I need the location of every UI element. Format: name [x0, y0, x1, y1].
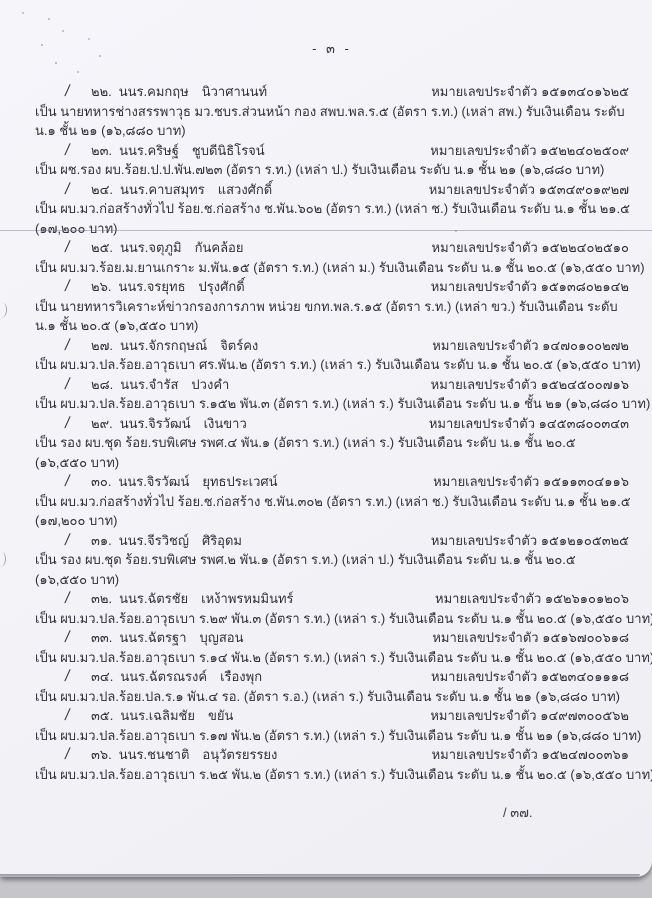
- id-number: ๑๕๑๒๑๐๕๓๒๕: [541, 533, 629, 548]
- entry-head-line: / ๓๐. นนร.จิรวัฒน์ ยุทธประเวศน์ หมายเลขป…: [35, 472, 629, 492]
- paper-bottom-edge: [0, 874, 640, 877]
- handwritten-check-slash: /: [63, 336, 92, 356]
- entry-rank-and-name: นนร.ชนชาติ: [119, 745, 190, 765]
- id-label: หมายเลขประจำตัว: [431, 84, 537, 99]
- personnel-entry: / ๓๒. นนร.ฉัตรชัย เหง้าพรหมมินทร์ หมายเล…: [35, 589, 629, 628]
- personnel-entry: / ๒๕. นนร.จตุภูมิ กันคล้อย หมายเลขประจำต…: [35, 238, 629, 277]
- id-group: หมายเลขประจำตัว ๑๔๗๐๑๐๐๒๗๒: [432, 336, 629, 356]
- entry-detail-line: (๑๗,๒๐๐ บาท): [35, 511, 629, 531]
- id-label: หมายเลขประจำตัว: [432, 240, 538, 255]
- entry-head-line: / ๒๔. นนร.คาบสมุทร แสวงศักดิ์ หมายเลขประ…: [35, 180, 629, 200]
- entry-head-line: / ๓๓. นนร.ฉัตรฐา บุญสอน หมายเลขประจำตัว …: [35, 628, 629, 648]
- personnel-entry-list: / ๒๒. นนร.คมกฤษ นิวาศานนท์ หมายเลขประจำต…: [35, 82, 629, 784]
- entry-rank-and-name: นนร.จิรวัฒน์: [120, 414, 191, 434]
- entry-detail-line: เป็น ผบ.มว.ปล.ร้อย.อาวุธเบา ร.๑๕๒ พัน.๓ …: [35, 394, 629, 414]
- entry-number: ๒๗.: [91, 336, 113, 356]
- entry-head-line: / ๓๒. นนร.ฉัตรชัย เหง้าพรหมมินทร์ หมายเล…: [35, 589, 629, 609]
- entry-head-line: / ๒๓. นนร.คริษฐ์ ชูบดีนิธิโรจน์ หมายเลขป…: [35, 141, 629, 161]
- entry-number: ๒๙.: [91, 414, 113, 434]
- scan-noise-speckles: [0, 0, 2, 2]
- handwritten-check-slash: /: [63, 706, 92, 726]
- id-group: หมายเลขประจำตัว ๑๔๕๓๘๐๐๓๔๓: [429, 414, 629, 434]
- entry-head-line: / ๓๖. นนร.ชนชาติ อนุวัตรยรรยง หมายเลขประ…: [35, 745, 629, 765]
- id-label: หมายเลขประจำตัว: [432, 630, 538, 645]
- entry-head-line: / ๒๘. นนร.จำรัส ปวงคำ หมายเลขประจำตัว ๑๕…: [35, 375, 629, 395]
- handwritten-check-slash: /: [63, 589, 92, 609]
- entry-surname: นิวาศานนท์: [202, 82, 267, 102]
- personnel-entry: / ๓๔. นนร.ฉัตรณรงค์ เรืองพุก หมายเลขประจ…: [35, 667, 629, 706]
- id-number: ๑๕๑๓๘๐๒๑๔๒: [541, 279, 629, 294]
- entry-rank-and-name: นนร.ฉัตรฐา: [119, 628, 186, 648]
- id-group: หมายเลขประจำตัว ๑๕๑๓๔๐๑๖๒๕: [431, 82, 629, 102]
- personnel-entry: / ๒๙. นนร.จิรวัฒน์ เงินขาว หมายเลขประจำต…: [35, 414, 629, 473]
- scanned-document-page: { "document": { "kind": "scanned-thai-mi…: [0, 0, 652, 898]
- entry-rank-and-name: นนร.จิรวัฒน์: [118, 472, 189, 492]
- id-group: หมายเลขประจำตัว ๑๕๑๒๑๐๕๓๒๕: [431, 531, 629, 551]
- entry-detail-line: เป็น รอง ผบ.ชุด ร้อย.รบพิเศษ รพศ.๒ พัน.๑…: [35, 550, 629, 570]
- id-label: หมายเลขประจำตัว: [431, 279, 537, 294]
- entry-rank-and-name: นนร.คาบสมุทร: [120, 180, 205, 200]
- personnel-entry: / ๒๓. นนร.คริษฐ์ ชูบดีนิธิโรจน์ หมายเลขป…: [35, 141, 629, 180]
- personnel-entry: / ๒๗. นนร.จักรกฤษณ์ จิตร์คง หมายเลขประจำ…: [35, 336, 629, 375]
- entry-detail-line: เป็น ผบ.มว.ปล.ร้อย.อาวุธเบา ร.๑๔ พัน.๒ (…: [35, 648, 629, 668]
- entry-rank-and-name: นนร.จำรัส: [120, 375, 178, 395]
- entry-surname: กันคล้อย: [195, 238, 244, 258]
- id-number: ๑๕๒๒๔๐๒๕๑๐: [541, 240, 629, 255]
- handwritten-check-slash: /: [63, 180, 92, 200]
- entry-number: ๓๒.: [91, 589, 112, 609]
- continuation-mark: / ๓๗.: [503, 802, 533, 823]
- id-number: ๑๕๒๒๔๐๒๕๐๙: [540, 143, 629, 158]
- entry-number: ๓๑.: [91, 531, 112, 551]
- personnel-entry: / ๒๘. นนร.จำรัส ปวงคำ หมายเลขประจำตัว ๑๕…: [35, 375, 629, 414]
- entry-detail-line: (๑๖,๕๕๐ บาท): [35, 570, 629, 590]
- id-number: ๑๕๑๑๓๐๔๑๑๖: [543, 474, 629, 489]
- id-label: หมายเลขประจำตัว: [431, 669, 537, 684]
- entry-head-line: / ๒๖. นนร.จรยุทธ ปรุงศักดิ์ หมายเลขประจำ…: [35, 277, 629, 297]
- entry-rank-and-name: นนร.จีรวิชญ์: [119, 531, 189, 551]
- id-group: หมายเลขประจำตัว ๑๕๑๑๓๐๔๑๑๖: [433, 472, 629, 492]
- entry-rank-and-name: นนร.จตุภูมิ: [120, 238, 182, 258]
- entry-rank-and-name: นนร.จรยุทธ: [118, 277, 185, 297]
- personnel-entry: / ๒๒. นนร.คมกฤษ นิวาศานนท์ หมายเลขประจำต…: [35, 82, 629, 141]
- id-number: ๑๔๕๓๘๐๐๓๔๓: [539, 416, 629, 431]
- id-number: ๑๕๒๖๑๐๑๒๐๖: [545, 591, 629, 606]
- id-group: หมายเลขประจำตัว ๑๕๒๒๔๐๒๕๐๙: [430, 141, 629, 161]
- entry-head-line: / ๒๕. นนร.จตุภูมิ กันคล้อย หมายเลขประจำต…: [35, 238, 629, 258]
- id-group: หมายเลขประจำตัว ๑๕๑๖๗๐๐๖๑๘: [432, 628, 629, 648]
- scan-artifact-line: [0, 230, 652, 231]
- entry-number: ๓๔.: [91, 667, 113, 687]
- entry-surname: บุญสอน: [200, 628, 244, 648]
- entry-surname: แสวงศักดิ์: [218, 180, 273, 200]
- id-number: ๑๕๑๖๗๐๐๖๑๘: [542, 630, 629, 645]
- entry-detail-line: เป็น ผบ.มว.ปล.ร้อย.อาวุธเบา ร.๑๗ พัน.๒ (…: [35, 726, 629, 746]
- personnel-entry: / ๓๕. นนร.เฉลิมชัย ขยัน หมายเลขประจำตัว …: [35, 706, 629, 745]
- entry-head-line: / ๓๔. นนร.ฉัตรณรงค์ เรืองพุก หมายเลขประจ…: [35, 667, 629, 687]
- entry-detail-line: เป็น ผบ.มว.ร้อย.ม.ยานเกราะ ม.พัน.๑๕ (อัต…: [35, 258, 629, 278]
- entry-surname: จิตร์คง: [220, 336, 258, 356]
- entry-rank-and-name: นนร.ฉัตรชัย: [119, 589, 188, 609]
- entry-detail-line: เป็น ผช.รอง ผบ.ร้อย.ป.ป.พัน.๗๒๓ (อัตรา ร…: [35, 160, 629, 180]
- entry-head-line: / ๓๕. นนร.เฉลิมชัย ขยัน หมายเลขประจำตัว …: [35, 706, 629, 726]
- entry-rank-and-name: นนร.จักรกฤษณ์: [120, 336, 207, 356]
- handwritten-check-slash: /: [63, 667, 92, 687]
- entry-surname: ปวงคำ: [191, 375, 229, 395]
- entry-rank-and-name: นนร.คมกฤษ: [119, 82, 189, 102]
- entry-surname: ศิริอุดม: [202, 531, 242, 551]
- id-number: ๑๕๓๔๙๐๑๙๒๗: [539, 182, 629, 197]
- id-number: ๑๕๒๓๔๐๑๑๑๘: [541, 669, 629, 684]
- personnel-entry: / ๒๖. นนร.จรยุทธ ปรุงศักดิ์ หมายเลขประจำ…: [35, 277, 629, 336]
- entry-detail-line: เป็น ผบ.มว.ปล.ร้อย.อาวุธเบา ร.๒๕ พัน.๒ (…: [35, 765, 629, 785]
- entry-surname: เรืองพุก: [220, 667, 262, 687]
- entry-number: ๒๔.: [91, 180, 113, 200]
- handwritten-check-slash: /: [63, 745, 92, 765]
- id-group: หมายเลขประจำตัว ๑๕๒๒๔๐๒๕๑๐: [432, 238, 629, 258]
- id-label: หมายเลขประจำตัว: [432, 747, 538, 762]
- handwritten-check-slash: /: [63, 277, 92, 297]
- entry-head-line: / ๒๒. นนร.คมกฤษ นิวาศานนท์ หมายเลขประจำต…: [35, 82, 629, 102]
- id-group: หมายเลขประจำตัว ๑๕๓๔๙๐๑๙๒๗: [429, 180, 629, 200]
- entry-surname: ชูบดีนิธิโรจน์: [192, 141, 265, 161]
- entry-number: ๒๓.: [91, 141, 112, 161]
- handwritten-check-slash: /: [63, 238, 92, 258]
- handwritten-check-slash: /: [63, 628, 92, 648]
- entry-number: ๓๕.: [91, 706, 113, 726]
- entry-detail-line: น.๑ ชั้น ๒๐.๕ (๑๖,๕๕๐ บาท): [35, 316, 629, 336]
- entry-surname: เหง้าพรหมมินทร์: [201, 589, 293, 609]
- entry-number: ๓๓.: [91, 628, 112, 648]
- pencil-mark: [0, 303, 8, 319]
- entry-number: ๒๘.: [91, 375, 113, 395]
- handwritten-check-slash: /: [63, 141, 92, 161]
- entry-detail-line: เป็น ผบ.มว.ปล.ร้อย.ปล.ร.๑ พัน.๔ รอ. (อัต…: [35, 687, 629, 707]
- id-number: ๑๔๙๗๓๐๐๕๖๒: [540, 708, 629, 723]
- entry-rank-and-name: นนร.ฉัตรณรงค์: [120, 667, 207, 687]
- handwritten-check-slash: /: [63, 531, 92, 551]
- document-body: - ๓ - / ๒๒. นนร.คมกฤษ นิวาศานนท์ หมายเลข…: [35, 40, 629, 784]
- entry-surname: ขยัน: [208, 706, 233, 726]
- id-number: ๑๕๒๔๕๐๐๗๑๖: [541, 377, 630, 392]
- handwritten-check-slash: /: [63, 375, 92, 395]
- id-label: หมายเลขประจำตัว: [431, 377, 537, 392]
- id-label: หมายเลขประจำตัว: [429, 416, 535, 431]
- id-label: หมายเลขประจำตัว: [435, 591, 541, 606]
- entry-surname: ปรุงศักดิ์: [199, 277, 245, 297]
- entry-detail-line: เป็น นายทหารช่างสรรพาวุธ มว.ชบร.ส่วนหน้า…: [35, 102, 629, 122]
- id-label: หมายเลขประจำตัว: [432, 338, 538, 353]
- id-label: หมายเลขประจำตัว: [431, 533, 537, 548]
- entry-number: ๓๖.: [91, 745, 112, 765]
- entry-number: ๒๒.: [91, 82, 112, 102]
- entry-detail-line: เป็น ผบ.มว.ปล.ร้อย.อาวุธเบา ร.๒๙ พัน.๓ (…: [35, 609, 629, 629]
- id-number: ๑๔๗๐๑๐๐๒๗๒: [542, 338, 629, 353]
- id-label: หมายเลขประจำตัว: [433, 474, 539, 489]
- entry-detail-line: น.๑ ชั้น ๒๑ (๑๖,๘๘๐ บาท): [35, 121, 629, 141]
- entry-detail-line: เป็น นายทหารวิเคราะห์ข่าวกรองการภาพ หน่ว…: [35, 297, 629, 317]
- entry-detail-line: เป็น ผบ.มว.ก่อสร้างทั่วไป ร้อย.ช.ก่อสร้า…: [35, 199, 629, 219]
- entry-detail-line: เป็น รอง ผบ.ชุด ร้อย.รบพิเศษ รพศ.๔ พัน.๑…: [35, 433, 629, 453]
- id-label: หมายเลขประจำตัว: [430, 708, 536, 723]
- entry-head-line: / ๓๑. นนร.จีรวิชญ์ ศิริอุดม หมายเลขประจำ…: [35, 531, 629, 551]
- id-label: หมายเลขประจำตัว: [429, 182, 535, 197]
- entry-rank-and-name: นนร.คริษฐ์: [119, 141, 179, 161]
- id-number: ๑๕๒๔๗๐๐๓๖๑: [541, 747, 629, 762]
- handwritten-check-slash: /: [63, 414, 92, 434]
- entry-detail-line: (๑๖,๕๕๐ บาท): [35, 453, 629, 473]
- entry-number: ๒๕.: [91, 238, 113, 258]
- page-number: - ๓ -: [35, 40, 629, 58]
- entry-head-line: / ๒๙. นนร.จิรวัฒน์ เงินขาว หมายเลขประจำต…: [35, 414, 629, 434]
- entry-number: ๒๖.: [91, 277, 111, 297]
- id-group: หมายเลขประจำตัว ๑๕๒๖๑๐๑๒๐๖: [435, 589, 629, 609]
- entry-surname: เงินขาว: [204, 414, 247, 434]
- personnel-entry: / ๓๐. นนร.จิรวัฒน์ ยุทธประเวศน์ หมายเลขป…: [35, 472, 629, 531]
- id-number: ๑๕๑๓๔๐๑๖๒๕: [541, 84, 629, 99]
- entry-number: ๓๐.: [91, 472, 111, 492]
- handwritten-check-slash: /: [63, 472, 92, 492]
- personnel-entry: / ๓๖. นนร.ชนชาติ อนุวัตรยรรยง หมายเลขประ…: [35, 745, 629, 784]
- entry-surname: ยุทธประเวศน์: [202, 472, 277, 492]
- entry-detail-line: เป็น ผบ.มว.ปล.ร้อย.อาวุธเบา ศร.พัน.๒ (อั…: [35, 355, 629, 375]
- handwritten-check-slash: /: [63, 82, 92, 102]
- pencil-mark: [0, 552, 6, 567]
- id-group: หมายเลขประจำตัว ๑๕๒๔๗๐๐๓๖๑: [432, 745, 629, 765]
- id-group: หมายเลขประจำตัว ๑๕๒๔๕๐๐๗๑๖: [431, 375, 629, 395]
- entry-head-line: / ๒๗. นนร.จักรกฤษณ์ จิตร์คง หมายเลขประจำ…: [35, 336, 629, 356]
- entry-rank-and-name: นนร.เฉลิมชัย: [120, 706, 195, 726]
- entry-detail-line: (๑๗,๒๐๐ บาท): [35, 219, 629, 239]
- id-group: หมายเลขประจำตัว ๑๔๙๗๓๐๐๕๖๒: [430, 706, 629, 726]
- entry-surname: อนุวัตรยรรยง: [202, 745, 277, 765]
- entry-detail-line: เป็น ผบ.มว.ก่อสร้างทั่วไป ร้อย.ช.ก่อสร้า…: [35, 492, 629, 512]
- id-label: หมายเลขประจำตัว: [430, 143, 536, 158]
- id-group: หมายเลขประจำตัว ๑๕๒๓๔๐๑๑๑๘: [431, 667, 629, 687]
- paper-sheet: - ๓ - / ๒๒. นนร.คมกฤษ นิวาศานนท์ หมายเลข…: [0, 0, 652, 877]
- personnel-entry: / ๓๓. นนร.ฉัตรฐา บุญสอน หมายเลขประจำตัว …: [35, 628, 629, 667]
- id-group: หมายเลขประจำตัว ๑๕๑๓๘๐๒๑๔๒: [431, 277, 629, 297]
- personnel-entry: / ๓๑. นนร.จีรวิชญ์ ศิริอุดม หมายเลขประจำ…: [35, 531, 629, 590]
